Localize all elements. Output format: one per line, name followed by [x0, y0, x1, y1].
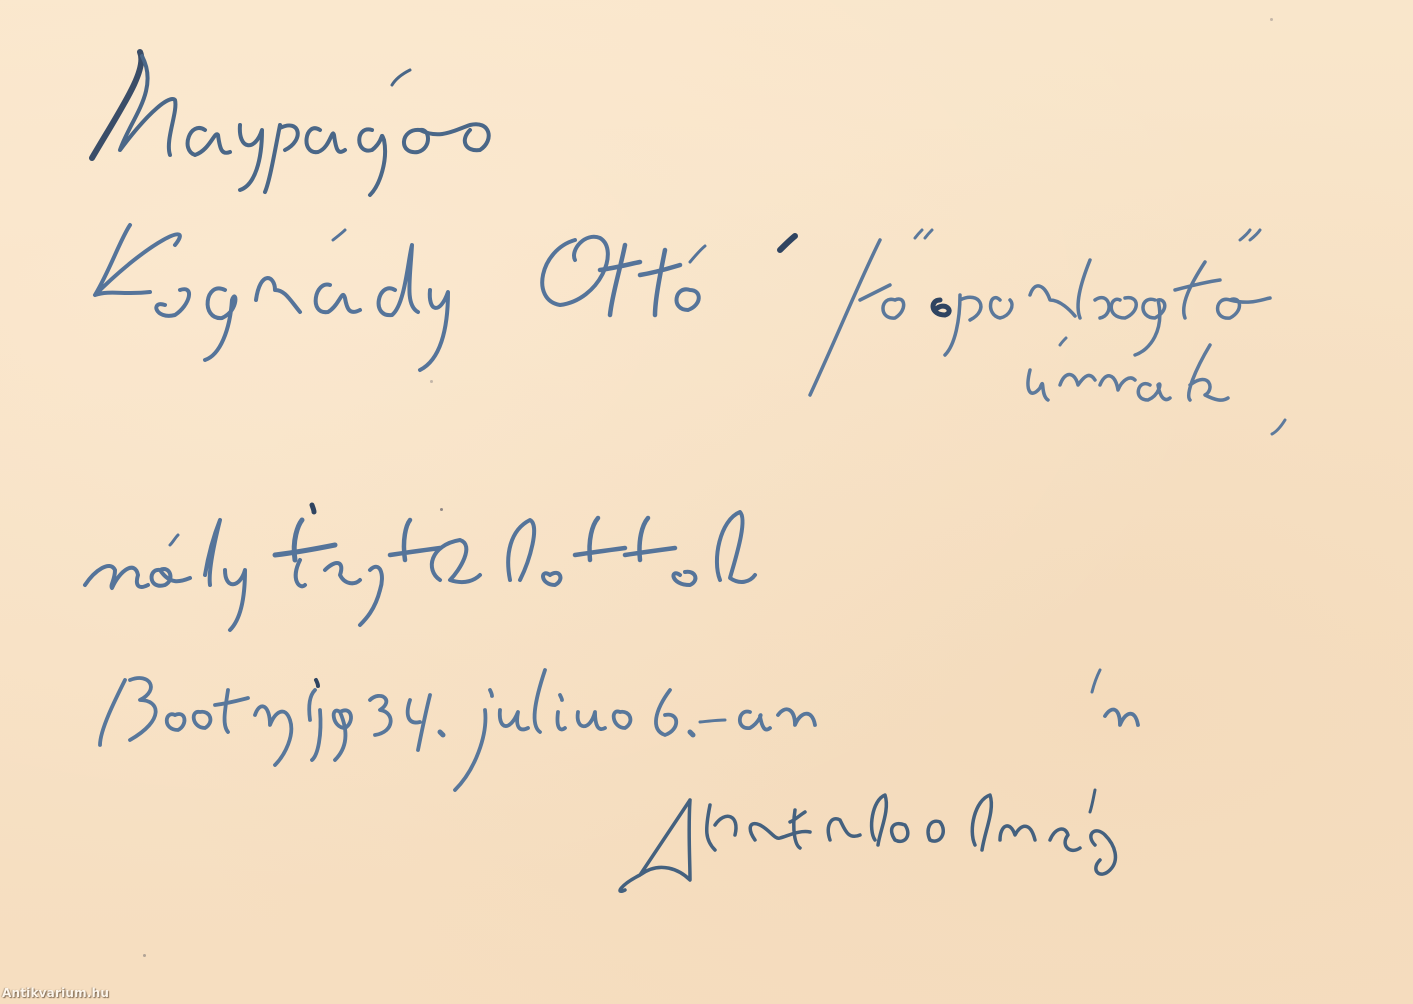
- paper-speck: [143, 954, 146, 957]
- line-place-date-ink: [100, 670, 1138, 790]
- paper-speck: [1270, 18, 1273, 21]
- line-urnak-ink: [1028, 338, 1285, 434]
- paper-speck: [430, 380, 433, 383]
- line-salutation-ink: [92, 52, 489, 195]
- line-greeting-ink: [85, 505, 755, 630]
- signature-ink: [620, 790, 1115, 891]
- watermark: Antikvarium.hu: [2, 986, 109, 1000]
- paper-speck: [440, 508, 443, 511]
- line-name-ink: [95, 225, 705, 370]
- handwriting-ink: [0, 0, 1413, 1004]
